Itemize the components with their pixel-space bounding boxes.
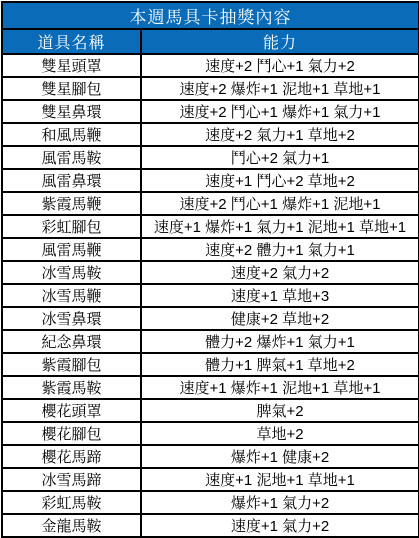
ability-cell: 爆炸+1 氣力+2 (141, 491, 419, 514)
ability-cell: 速度+1 泥地+1 草地+1 (141, 468, 419, 491)
item-name-cell: 櫻花頭罩 (2, 399, 141, 422)
ability-cell: 草地+2 (141, 422, 419, 445)
ability-cell: 速度+1 氣力+2 (141, 514, 419, 537)
table-row: 櫻花頭罩脾氣+2 (2, 399, 419, 422)
item-name-cell: 和風馬鞭 (2, 123, 141, 146)
lottery-table: 本週馬具卡抽獎內容 道具名稱 能力 雙星頭罩速度+2 鬥心+1 氣力+2雙星腳包… (1, 1, 419, 538)
ability-cell: 速度+1 爆炸+1 泥地+1 草地+1 (141, 376, 419, 399)
item-name-cell: 風雷馬鞭 (2, 238, 141, 261)
item-name-cell: 紫霞馬鞍 (2, 376, 141, 399)
item-name-cell: 風雷鼻環 (2, 169, 141, 192)
item-name-cell: 雙星頭罩 (2, 54, 141, 77)
table-row: 和風馬鞭速度+2 氣力+1 草地+2 (2, 123, 419, 146)
table-body: 雙星頭罩速度+2 鬥心+1 氣力+2雙星腳包速度+2 爆炸+1 泥地+1 草地+… (2, 54, 419, 537)
item-name-cell: 櫻花腳包 (2, 422, 141, 445)
table-row: 紫霞馬鞍速度+1 爆炸+1 泥地+1 草地+1 (2, 376, 419, 399)
item-name-cell: 冰雪馬鞭 (2, 284, 141, 307)
table-row: 金龍馬鞍速度+1 氣力+2 (2, 514, 419, 537)
ability-cell: 速度+2 鬥心+1 爆炸+1 泥地+1 (141, 192, 419, 215)
table-row: 彩虹腳包速度+1 爆炸+1 氣力+1 泥地+1 草地+1 (2, 215, 419, 238)
ability-cell: 速度+1 鬥心+2 草地+2 (141, 169, 419, 192)
table-title: 本週馬具卡抽獎內容 (2, 2, 419, 29)
table-row: 冰雪馬鞍速度+2 氣力+2 (2, 261, 419, 284)
lottery-table-page: 本週馬具卡抽獎內容 道具名稱 能力 雙星頭罩速度+2 鬥心+1 氣力+2雙星腳包… (0, 1, 419, 508)
table-row: 紫霞馬鞭速度+2 鬥心+1 爆炸+1 泥地+1 (2, 192, 419, 215)
item-name-cell: 冰雪鼻環 (2, 307, 141, 330)
item-name-cell: 紫霞腳包 (2, 353, 141, 376)
ability-cell: 體力+2 爆炸+1 氣力+1 (141, 330, 419, 353)
table-row: 冰雪鼻環健康+2 草地+2 (2, 307, 419, 330)
item-name-cell: 紫霞馬鞭 (2, 192, 141, 215)
item-name-cell: 彩虹馬鞍 (2, 491, 141, 514)
item-name-cell: 雙星腳包 (2, 77, 141, 100)
ability-cell: 鬥心+2 氣力+1 (141, 146, 419, 169)
ability-cell: 速度+2 鬥心+1 氣力+2 (141, 54, 419, 77)
ability-cell: 速度+2 氣力+2 (141, 261, 419, 284)
table-row: 櫻花腳包草地+2 (2, 422, 419, 445)
ability-cell: 速度+2 鬥心+1 爆炸+1 氣力+1 (141, 100, 419, 123)
table-row: 風雷馬鞭速度+2 體力+1 氣力+1 (2, 238, 419, 261)
ability-cell: 健康+2 草地+2 (141, 307, 419, 330)
item-name-cell: 金龍馬鞍 (2, 514, 141, 537)
item-name-cell: 冰雪馬鞍 (2, 261, 141, 284)
ability-cell: 爆炸+1 健康+2 (141, 445, 419, 468)
header-row: 道具名稱 能力 (2, 29, 419, 54)
table-row: 風雷鼻環速度+1 鬥心+2 草地+2 (2, 169, 419, 192)
column-header-ability: 能力 (141, 29, 419, 54)
table-row: 雙星腳包速度+2 爆炸+1 泥地+1 草地+1 (2, 77, 419, 100)
ability-cell: 速度+2 體力+1 氣力+1 (141, 238, 419, 261)
table-row: 冰雪馬鞭速度+1 草地+3 (2, 284, 419, 307)
column-header-item-name: 道具名稱 (2, 29, 141, 54)
table-row: 紀念鼻環體力+2 爆炸+1 氣力+1 (2, 330, 419, 353)
item-name-cell: 冰雪馬蹄 (2, 468, 141, 491)
table-row: 雙星頭罩速度+2 鬥心+1 氣力+2 (2, 54, 419, 77)
table-row: 雙星鼻環速度+2 鬥心+1 爆炸+1 氣力+1 (2, 100, 419, 123)
table-row: 彩虹馬鞍爆炸+1 氣力+2 (2, 491, 419, 514)
ability-cell: 速度+1 爆炸+1 氣力+1 泥地+1 草地+1 (141, 215, 419, 238)
ability-cell: 速度+1 草地+3 (141, 284, 419, 307)
ability-cell: 脾氣+2 (141, 399, 419, 422)
table-row: 紫霞腳包體力+1 脾氣+1 草地+2 (2, 353, 419, 376)
ability-cell: 體力+1 脾氣+1 草地+2 (141, 353, 419, 376)
title-row: 本週馬具卡抽獎內容 (2, 2, 419, 29)
ability-cell: 速度+2 氣力+1 草地+2 (141, 123, 419, 146)
item-name-cell: 風雷馬鞍 (2, 146, 141, 169)
table-row: 風雷馬鞍鬥心+2 氣力+1 (2, 146, 419, 169)
item-name-cell: 櫻花馬蹄 (2, 445, 141, 468)
table-row: 冰雪馬蹄速度+1 泥地+1 草地+1 (2, 468, 419, 491)
item-name-cell: 紀念鼻環 (2, 330, 141, 353)
item-name-cell: 雙星鼻環 (2, 100, 141, 123)
item-name-cell: 彩虹腳包 (2, 215, 141, 238)
ability-cell: 速度+2 爆炸+1 泥地+1 草地+1 (141, 77, 419, 100)
table-row: 櫻花馬蹄爆炸+1 健康+2 (2, 445, 419, 468)
